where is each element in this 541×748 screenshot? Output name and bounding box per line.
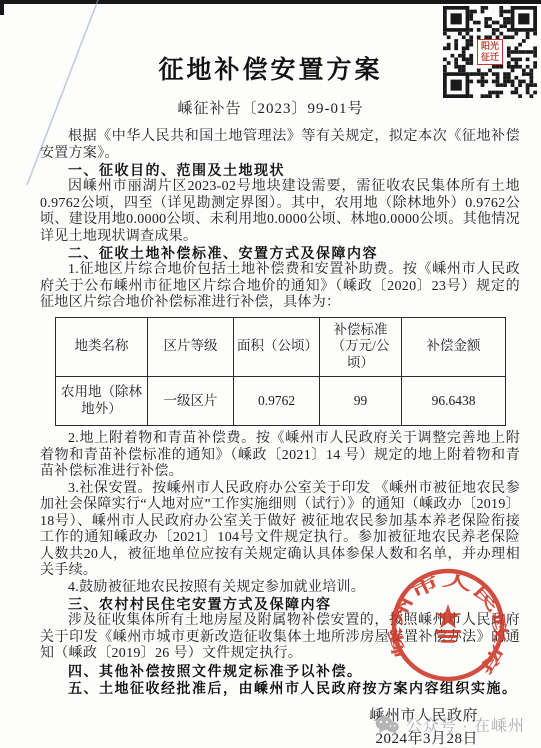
table-row: 农用地（除林地外） 一级区片 0.9762 99 96.6438: [56, 377, 506, 426]
paragraph-intro: 根据《中华人民共和国土地管理法》等有关规定，拟定本次《征地补偿安置方案》。: [40, 129, 520, 162]
footer-account-badge: 公众号 · 在嵊州: [375, 713, 525, 736]
qr-label-line2: 征迁: [478, 52, 502, 63]
paragraph-section3: 涉及征收集体所有土地房屋及附属物补偿安置的，按照嵊州市人民政府关于印发《嵊州市城…: [40, 613, 520, 663]
table-header-row: 地类名称 区片等级 面积（公顷） 补偿标准（万元/公顷） 补偿金额: [56, 317, 506, 377]
col-header-standard: 补偿标准（万元/公顷）: [320, 317, 402, 377]
col-header-land-type: 地类名称: [56, 317, 148, 377]
cell-land-type: 农用地（除林地外）: [56, 377, 148, 426]
document-page: 阳光 征迁 征地补偿安置方案 嵊征补告〔2023〕99-01号 根据《中华人民共…: [0, 0, 541, 748]
wechat-icon: [375, 715, 399, 735]
col-header-area: 面积（公顷）: [234, 317, 320, 377]
scan-edge-corner: [0, 0, 4, 15]
paragraph-section2-item2: 2.地上附着物和青苗补偿费。按《嵊州市人民政府关于调整完善地上附着物和青苗补偿标…: [40, 431, 520, 481]
paragraph-section2-item3: 3.社保安置。按嵊州市人民政府办公室关于印发 《嵊州市被征地农民参加社会保障实行…: [40, 481, 520, 580]
cell-zone-grade: 一级区片: [148, 377, 234, 426]
cell-standard: 99: [320, 377, 402, 426]
paragraph-section2-item4: 4.鼓励被征地农民按照有关规定参加就业培训。: [40, 580, 520, 597]
scan-edge-top: [0, 0, 541, 4]
document-number: 嵊征补告〔2023〕99-01号: [0, 97, 541, 118]
qr-label-line1: 阳光: [478, 41, 502, 52]
section-heading-4: 四、其他补偿按照文件规定标准予以补偿。: [40, 663, 520, 680]
cell-amount: 96.6438: [402, 377, 506, 426]
section-heading-1: 一、征收目的、范围及土地现状: [40, 162, 520, 179]
footer-account-label: 公众号 · 在嵊州: [406, 713, 525, 736]
col-header-zone-grade: 区片等级: [148, 317, 234, 377]
section-heading-5: 五、土地征收经批准后，由嵊州市人民政府按方案内容组织实施。: [40, 680, 520, 697]
section-heading-3: 三、农村村民住宅安置方式及保障内容: [40, 596, 520, 613]
col-header-amount: 补偿金额: [402, 317, 506, 377]
qr-center-label: 阳光 征迁: [477, 39, 503, 65]
cell-area: 0.9762: [234, 377, 320, 426]
paragraph-section2-item1: 1.征地区片综合地价包括土地补偿费和安置补助费。按《嵊州市人民政府关于公布嵊州市…: [40, 262, 520, 312]
qr-code: 阳光 征迁: [443, 6, 537, 98]
document-body: 根据《中华人民共和国土地管理法》等有关规定，拟定本次《征地补偿安置方案》。 一、…: [40, 129, 520, 748]
section-heading-2: 二、征收土地补偿标准、安置方式及保障内容: [40, 245, 520, 262]
compensation-table: 地类名称 区片等级 面积（公顷） 补偿标准（万元/公顷） 补偿金额 农用地（除林…: [55, 317, 506, 427]
paragraph-section1: 因嵊州市丽湖片区2023-02号地块建设需要，需征收农民集体所有土地0.9762…: [40, 179, 520, 245]
